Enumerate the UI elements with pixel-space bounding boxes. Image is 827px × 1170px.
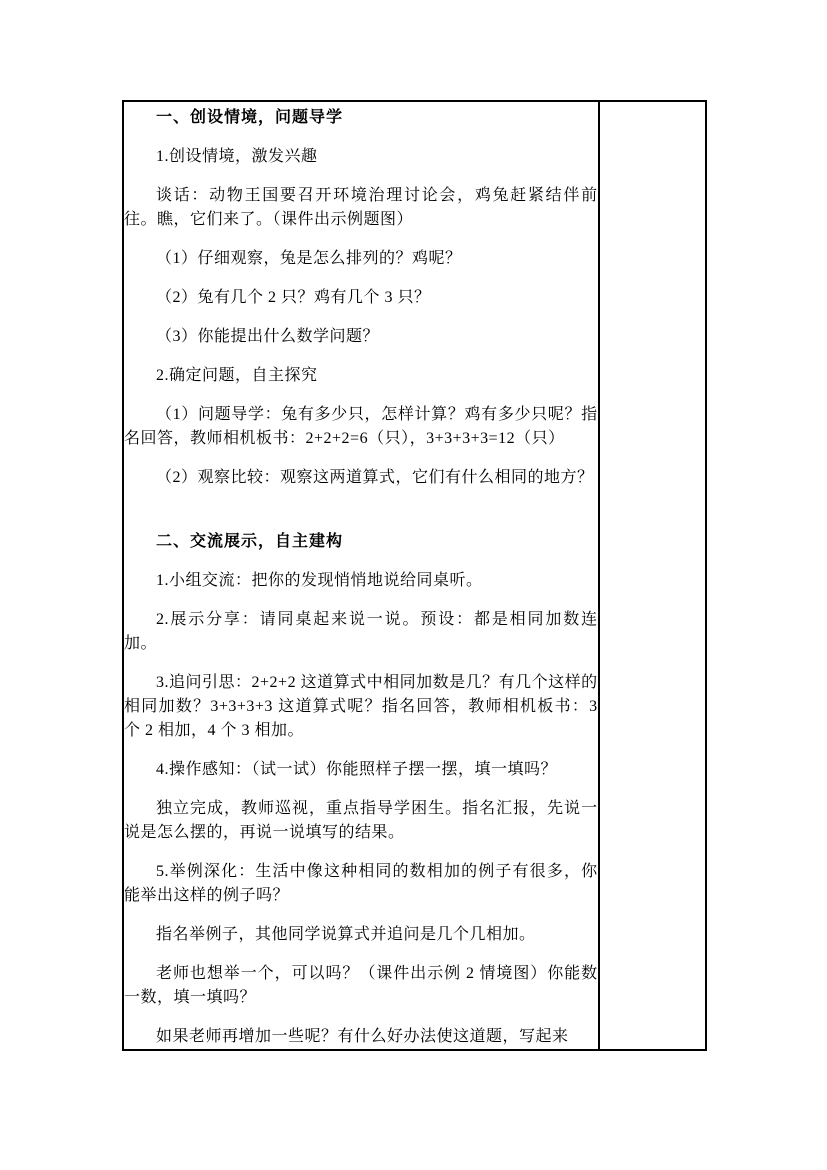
paragraph: 指名举例子，其他同学说算式并追问是几个几相加。: [124, 923, 598, 947]
lesson-steps-cell: 一、创设情境，问题导学1.创设情境，激发兴趣谈话：动物王国要召开环境治理讨论会，…: [123, 101, 599, 1050]
paragraph: 1.小组交流：把你的发现悄悄地说给同桌听。: [124, 569, 598, 593]
paragraph: 独立完成，教师巡视，重点指导学困生。指名汇报，先说一说是怎么摆的，再说一说填写的…: [124, 797, 598, 845]
paragraph: （1）问题导学：兔有多少只，怎样计算？鸡有多少只呢？指名回答，教师相机板书：2+…: [124, 403, 598, 451]
paragraph: 2.确定问题，自主探究: [124, 364, 598, 388]
paragraph: （2）兔有几个 2 只？鸡有几个 3 只？: [124, 286, 598, 310]
paragraph: 老师也想举一个，可以吗？（课件出示例 2 情境图）你能数一数，填一填吗？: [124, 962, 598, 1010]
paragraph: （1）仔细观察，兔是怎么排列的？鸡呢？: [124, 247, 598, 271]
paragraph: 1.创设情境，激发兴趣: [124, 145, 598, 169]
paragraph: 谈话：动物王国要召开环境治理讨论会，鸡兔赶紧结伴前往。瞧，它们来了。（课件出示例…: [124, 184, 598, 232]
section-heading: 二、交流展示，自主建构: [124, 530, 598, 554]
paragraph: 2.展示分享：请同桌起来说一说。预设：都是相同加数连加。: [124, 608, 598, 656]
section-heading: 一、创设情境，问题导学: [124, 106, 598, 130]
paragraph: （2）观察比较：观察这两道算式，它们有什么相同的地方？: [124, 466, 598, 490]
paragraph: 3.追问引思：2+2+2 这道算式中相同加数是几？有几个这样的相同加数？3+3+…: [124, 671, 598, 743]
lesson-plan-table: 一、创设情境，问题导学1.创设情境，激发兴趣谈话：动物王国要召开环境治理讨论会，…: [122, 100, 707, 1051]
paragraph: 5.举例深化：生活中像这种相同的数相加的例子有很多，你能举出这样的例子吗？: [124, 860, 598, 908]
table-row: 一、创设情境，问题导学1.创设情境，激发兴趣谈话：动物王国要召开环境治理讨论会，…: [123, 101, 706, 1050]
side-notes-cell: [599, 101, 706, 1050]
paragraph: 如果老师再增加一些呢？有什么好办法使这道题，写起来: [124, 1025, 598, 1049]
paragraph: 4.操作感知：（试一试）你能照样子摆一摆，填一填吗？: [124, 758, 598, 782]
paragraph: （3）你能提出什么数学问题？: [124, 325, 598, 349]
lesson-content: 一、创设情境，问题导学1.创设情境，激发兴趣谈话：动物王国要召开环境治理讨论会，…: [124, 106, 598, 1049]
document-page: 一、创设情境，问题导学1.创设情境，激发兴趣谈话：动物王国要召开环境治理讨论会，…: [0, 0, 827, 1170]
